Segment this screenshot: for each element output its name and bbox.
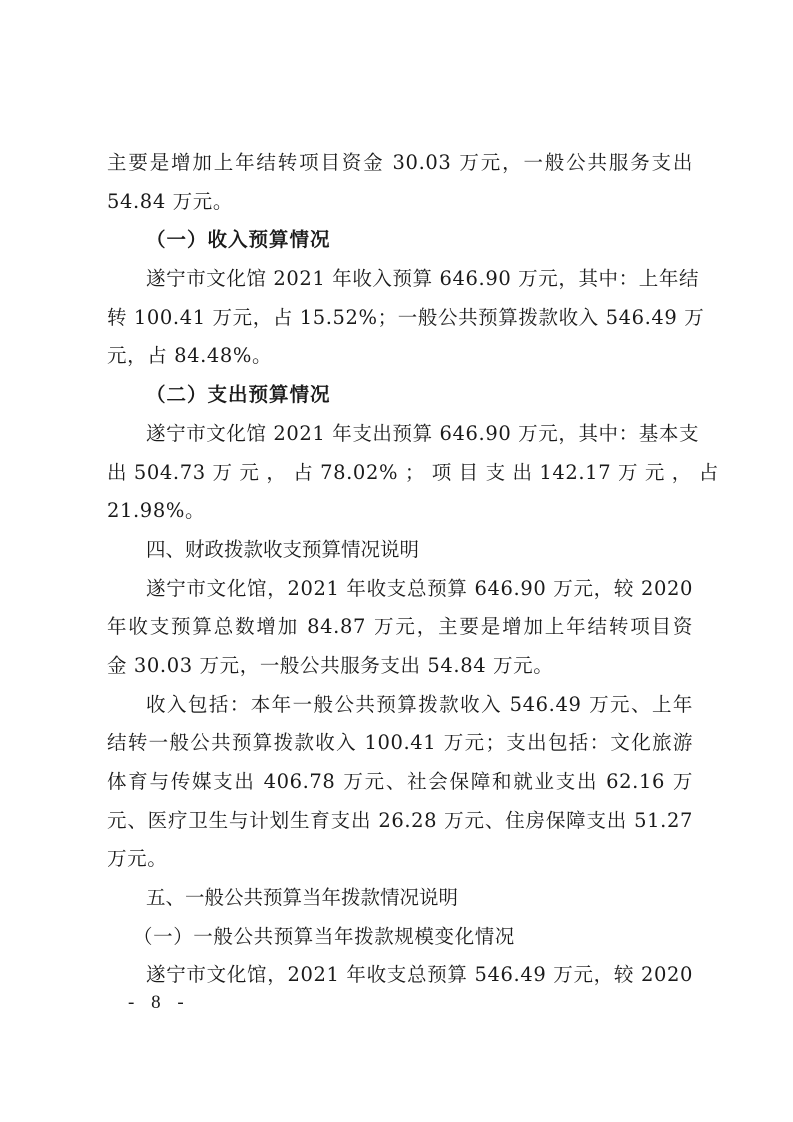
paragraph-line: 遂宁市文化馆 2021 年支出预算 646.90 万元，其中：基本支: [107, 415, 693, 454]
paragraph-line: 金 30.03 万元，一般公共服务支出 54.84 万元。: [107, 647, 693, 686]
paragraph-line: 21.98%。: [107, 492, 693, 531]
paragraph-line: 遂宁市文化馆 2021 年收入预算 646.90 万元，其中：上年结: [107, 260, 693, 299]
document-page: 主要是增加上年结转项目资金 30.03 万元，一般公共服务支出 54.84 万元…: [0, 0, 793, 1122]
paragraph-line: 元、医疗卫生与计划生育支出 26.28 万元、住房保障支出 51.27: [107, 802, 693, 841]
paragraph-line: 遂宁市文化馆，2021 年收支总预算 546.49 万元，较 2020: [107, 956, 693, 995]
section-heading-fiscal: 四、财政拨款收支预算情况说明: [107, 531, 693, 570]
paragraph-line: 遂宁市文化馆，2021 年收支总预算 646.90 万元，较 2020: [107, 570, 693, 609]
text-column: 主要是增加上年结转项目资金 30.03 万元，一般公共服务支出 54.84 万元…: [107, 144, 693, 995]
paragraph-line: 转 100.41 万元，占 15.52%；一般公共预算拨款收入 546.49 万: [107, 299, 693, 338]
paragraph-line: 54.84 万元。: [107, 183, 693, 222]
paragraph-line: 结转一般公共预算拨款收入 100.41 万元；支出包括：文化旅游: [107, 724, 693, 763]
paragraph-line: 收入包括：本年一般公共预算拨款收入 546.49 万元、上年: [107, 686, 693, 725]
section-subheading-income: （一）收入预算情况: [107, 221, 693, 260]
paragraph-line: 体育与传媒支出 406.78 万元、社会保障和就业支出 62.16 万: [107, 763, 693, 802]
paragraph-line: 主要是增加上年结转项目资金 30.03 万元，一般公共服务支出: [107, 144, 693, 183]
paragraph-line: 年收支预算总数增加 84.87 万元，主要是增加上年结转项目资: [107, 608, 693, 647]
section-subheading-scale-change: （一）一般公共预算当年拨款规模变化情况: [107, 918, 693, 957]
paragraph-line: 万元。: [107, 840, 693, 879]
page-number: - 8 -: [128, 992, 190, 1014]
section-heading-general-budget: 五、一般公共预算当年拨款情况说明: [107, 879, 693, 918]
section-subheading-expense: （二）支出预算情况: [107, 376, 693, 415]
paragraph-line: 出 504.73 万 元 ， 占 78.02% ； 项 目 支 出 142.17…: [107, 454, 693, 493]
paragraph-line: 元，占 84.48%。: [107, 337, 693, 376]
